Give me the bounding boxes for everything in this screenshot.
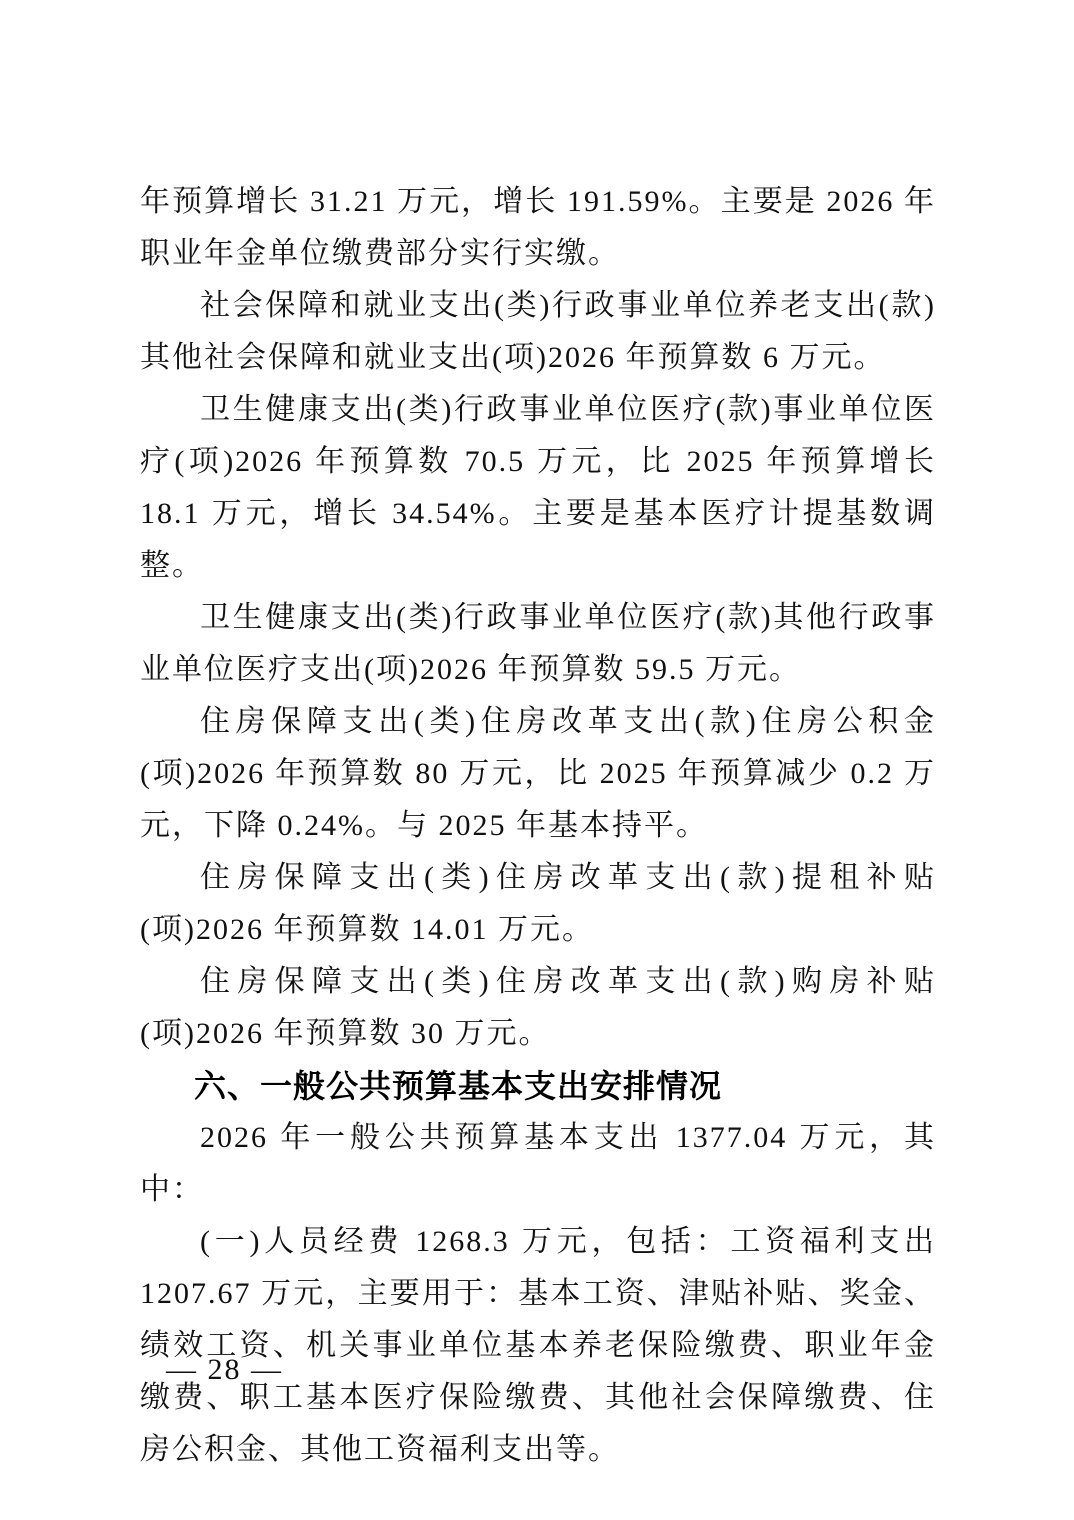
section-heading-basic-expenditure: 六、一般公共预算基本支出安排情况	[140, 1060, 936, 1112]
paragraph-personnel-expense: (一)人员经费 1268.3 万元，包括：工资福利支出 1207.67 万元，主…	[140, 1216, 936, 1476]
paragraph-social-security-other: 社会保障和就业支出(类)行政事业单位养老支出(款)其他社会保障和就业支出(项)2…	[140, 280, 936, 384]
paragraph-continuation: 年预算增长 31.21 万元，增长 191.59%。主要是 2026 年职业年金…	[140, 176, 936, 280]
paragraph-housing-fund: 住房保障支出(类)住房改革支出(款)住房公积金(项)2026 年预算数 80 万…	[140, 696, 936, 852]
paragraph-health-other-medical: 卫生健康支出(类)行政事业单位医疗(款)其他行政事业单位医疗支出(项)2026 …	[140, 592, 936, 696]
page-number: — 28 —	[166, 1350, 283, 1390]
paragraph-health-medical: 卫生健康支出(类)行政事业单位医疗(款)事业单位医疗(项)2026 年预算数 7…	[140, 384, 936, 592]
paragraph-rent-subsidy: 住房保障支出(类)住房改革支出(款)提租补贴(项)2026 年预算数 14.01…	[140, 852, 936, 956]
document-page: 年预算增长 31.21 万元，增长 191.59%。主要是 2026 年职业年金…	[0, 0, 1074, 1520]
paragraph-purchase-subsidy: 住房保障支出(类)住房改革支出(款)购房补贴(项)2026 年预算数 30 万元…	[140, 956, 936, 1060]
document-body: 年预算增长 31.21 万元，增长 191.59%。主要是 2026 年职业年金…	[140, 176, 936, 1476]
paragraph-basic-expenditure-total: 2026 年一般公共预算基本支出 1377.04 万元，其中：	[140, 1112, 936, 1216]
